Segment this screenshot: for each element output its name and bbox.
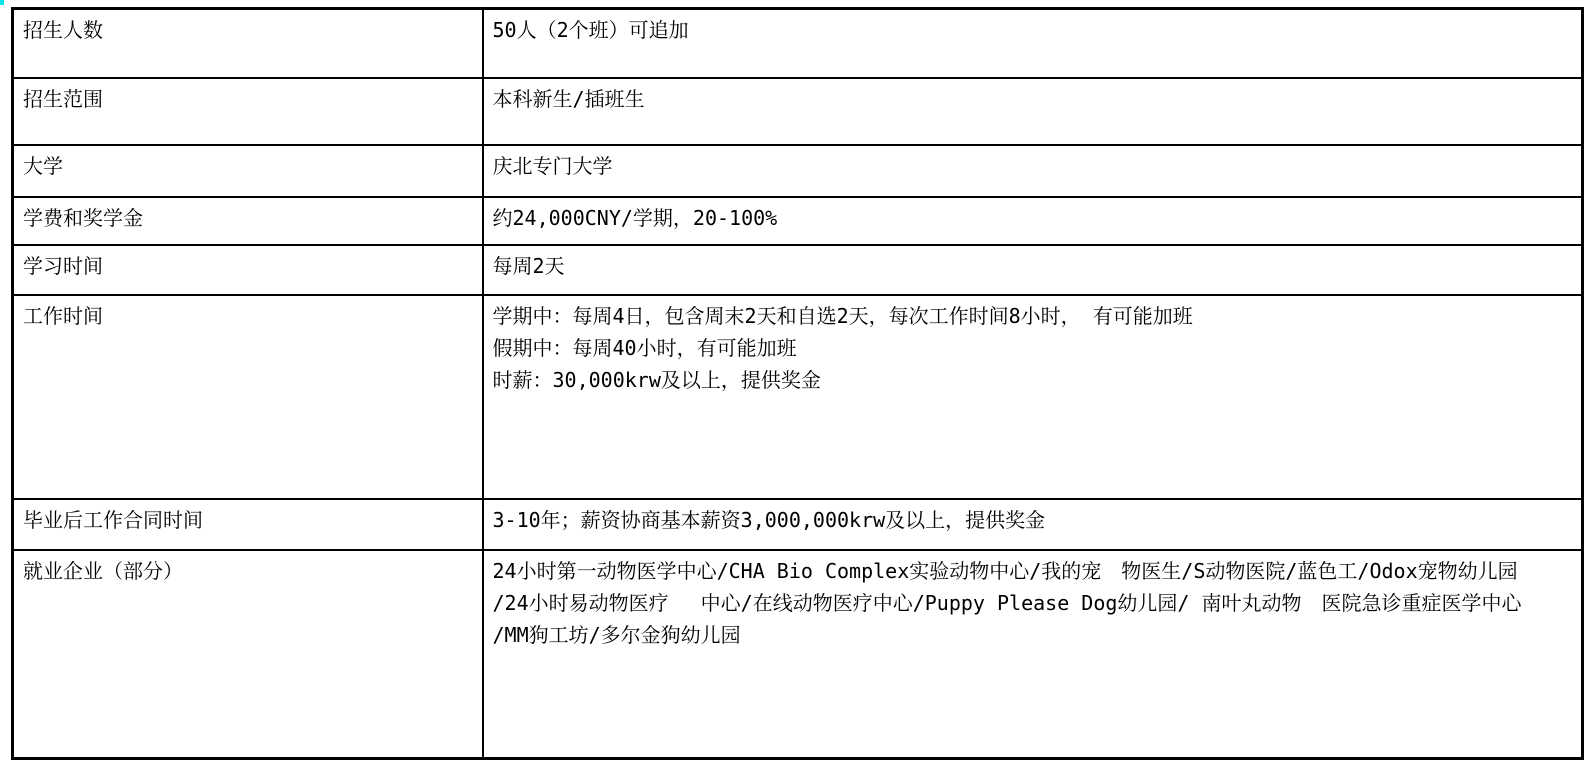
row-value-cell: 50人（2个班）可追加 xyxy=(483,9,1583,78)
table-row: 工作时间 学期中：每周4日，包含周末2天和自选2天，每次工作时间8小时， 有可能… xyxy=(13,295,1583,499)
row-label-cell: 招生人数 xyxy=(13,9,483,78)
program-info-table-body: 招生人数 50人（2个班）可追加 招生范围 本科新生/插班生 大学 庆北专门大学… xyxy=(13,9,1583,759)
row-label-cell: 招生范围 xyxy=(13,78,483,145)
table-row: 学费和奖学金 约24,000CNY/学期，20-100% xyxy=(13,197,1583,245)
row-label-cell: 毕业后工作合同时间 xyxy=(13,499,483,550)
table-row: 招生范围 本科新生/插班生 xyxy=(13,78,1583,145)
program-info-table: 招生人数 50人（2个班）可追加 招生范围 本科新生/插班生 大学 庆北专门大学… xyxy=(11,7,1584,760)
row-value-cell: 3-10年；薪资协商基本薪资3,000,000krw及以上，提供奖金 xyxy=(483,499,1583,550)
table-row: 招生人数 50人（2个班）可追加 xyxy=(13,9,1583,78)
row-value-cell: 约24,000CNY/学期，20-100% xyxy=(483,197,1583,245)
row-value-cell: 学期中：每周4日，包含周末2天和自选2天，每次工作时间8小时， 有可能加班 假期… xyxy=(483,295,1583,499)
row-value-cell: 庆北专门大学 xyxy=(483,145,1583,197)
table-row: 学习时间 每周2天 xyxy=(13,245,1583,295)
corner-artifact xyxy=(0,0,4,5)
row-value-cell: 每周2天 xyxy=(483,245,1583,295)
row-value-cell: 24小时第一动物医学中心/CHA Bio Complex实验动物中心/我的宠 物… xyxy=(483,550,1583,759)
document-page: 招生人数 50人（2个班）可追加 招生范围 本科新生/插班生 大学 庆北专门大学… xyxy=(0,0,1588,774)
row-label-cell: 学费和奖学金 xyxy=(13,197,483,245)
table-row: 就业企业（部分） 24小时第一动物医学中心/CHA Bio Complex实验动… xyxy=(13,550,1583,759)
row-label-cell: 就业企业（部分） xyxy=(13,550,483,759)
row-value-cell: 本科新生/插班生 xyxy=(483,78,1583,145)
table-row: 大学 庆北专门大学 xyxy=(13,145,1583,197)
table-row: 毕业后工作合同时间 3-10年；薪资协商基本薪资3,000,000krw及以上，… xyxy=(13,499,1583,550)
row-label-cell: 学习时间 xyxy=(13,245,483,295)
row-label-cell: 大学 xyxy=(13,145,483,197)
row-label-cell: 工作时间 xyxy=(13,295,483,499)
